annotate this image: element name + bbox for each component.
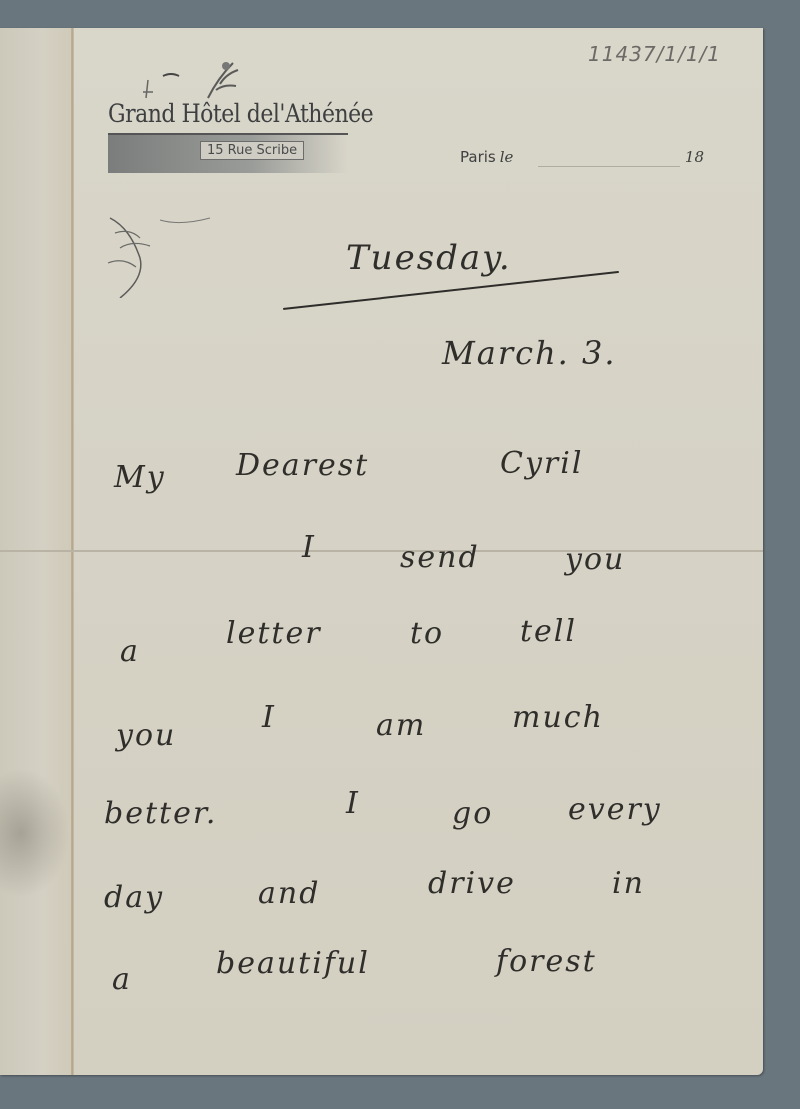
body-word: beautiful: [216, 946, 370, 981]
body-word: am: [376, 708, 426, 743]
body-word: in: [612, 866, 645, 901]
hotel-name: Grand Hôtel del'Athénée: [108, 100, 348, 129]
body-word: you: [116, 718, 176, 753]
body-word: better.: [104, 796, 217, 831]
year-prefix: 18: [685, 148, 704, 166]
body-word: day: [104, 880, 164, 915]
body-word: every: [568, 792, 662, 827]
horizontal-fold-line: [0, 550, 763, 552]
body-word: to: [410, 616, 444, 651]
letter-sheet: 11437/1/1/1 Grand Hôtel del'Athénée 15 R…: [0, 28, 763, 1075]
body-word: I: [302, 530, 316, 565]
place-label: Paris: [460, 148, 496, 166]
date: March. 3.: [442, 334, 617, 372]
weekday: Tuesday.: [346, 238, 512, 278]
body-word: a: [120, 634, 140, 669]
date-prefix: le: [500, 148, 514, 166]
body-word: I: [262, 700, 276, 735]
body-word: drive: [428, 866, 516, 901]
body-word: much: [512, 700, 604, 735]
archive-reference: 11437/1/1/1: [588, 42, 721, 66]
ink-smudge: [0, 768, 70, 898]
foliage-ornament-icon: [100, 208, 220, 298]
body-word: a: [112, 962, 132, 997]
body-word: tell: [520, 614, 577, 649]
floral-ornament-icon: [108, 40, 268, 100]
body-word: go: [452, 796, 493, 831]
body-word: letter: [226, 616, 322, 651]
date-rule: [538, 166, 680, 167]
salutation-word: My: [114, 460, 166, 495]
letterhead: Grand Hôtel del'Athénée 15 Rue Scribe: [108, 100, 348, 173]
body-word: send: [400, 540, 480, 575]
salutation-word: Cyril: [500, 446, 583, 481]
salutation-word: Dearest: [236, 448, 369, 483]
body-word: I: [346, 786, 360, 821]
body-word: you: [565, 542, 625, 577]
hotel-address: 15 Rue Scribe: [200, 141, 304, 160]
body-word: forest: [496, 944, 597, 979]
letterhead-banner: 15 Rue Scribe: [108, 133, 348, 173]
place-date-line: Parisle 18: [460, 148, 710, 166]
body-word: and: [258, 876, 320, 911]
